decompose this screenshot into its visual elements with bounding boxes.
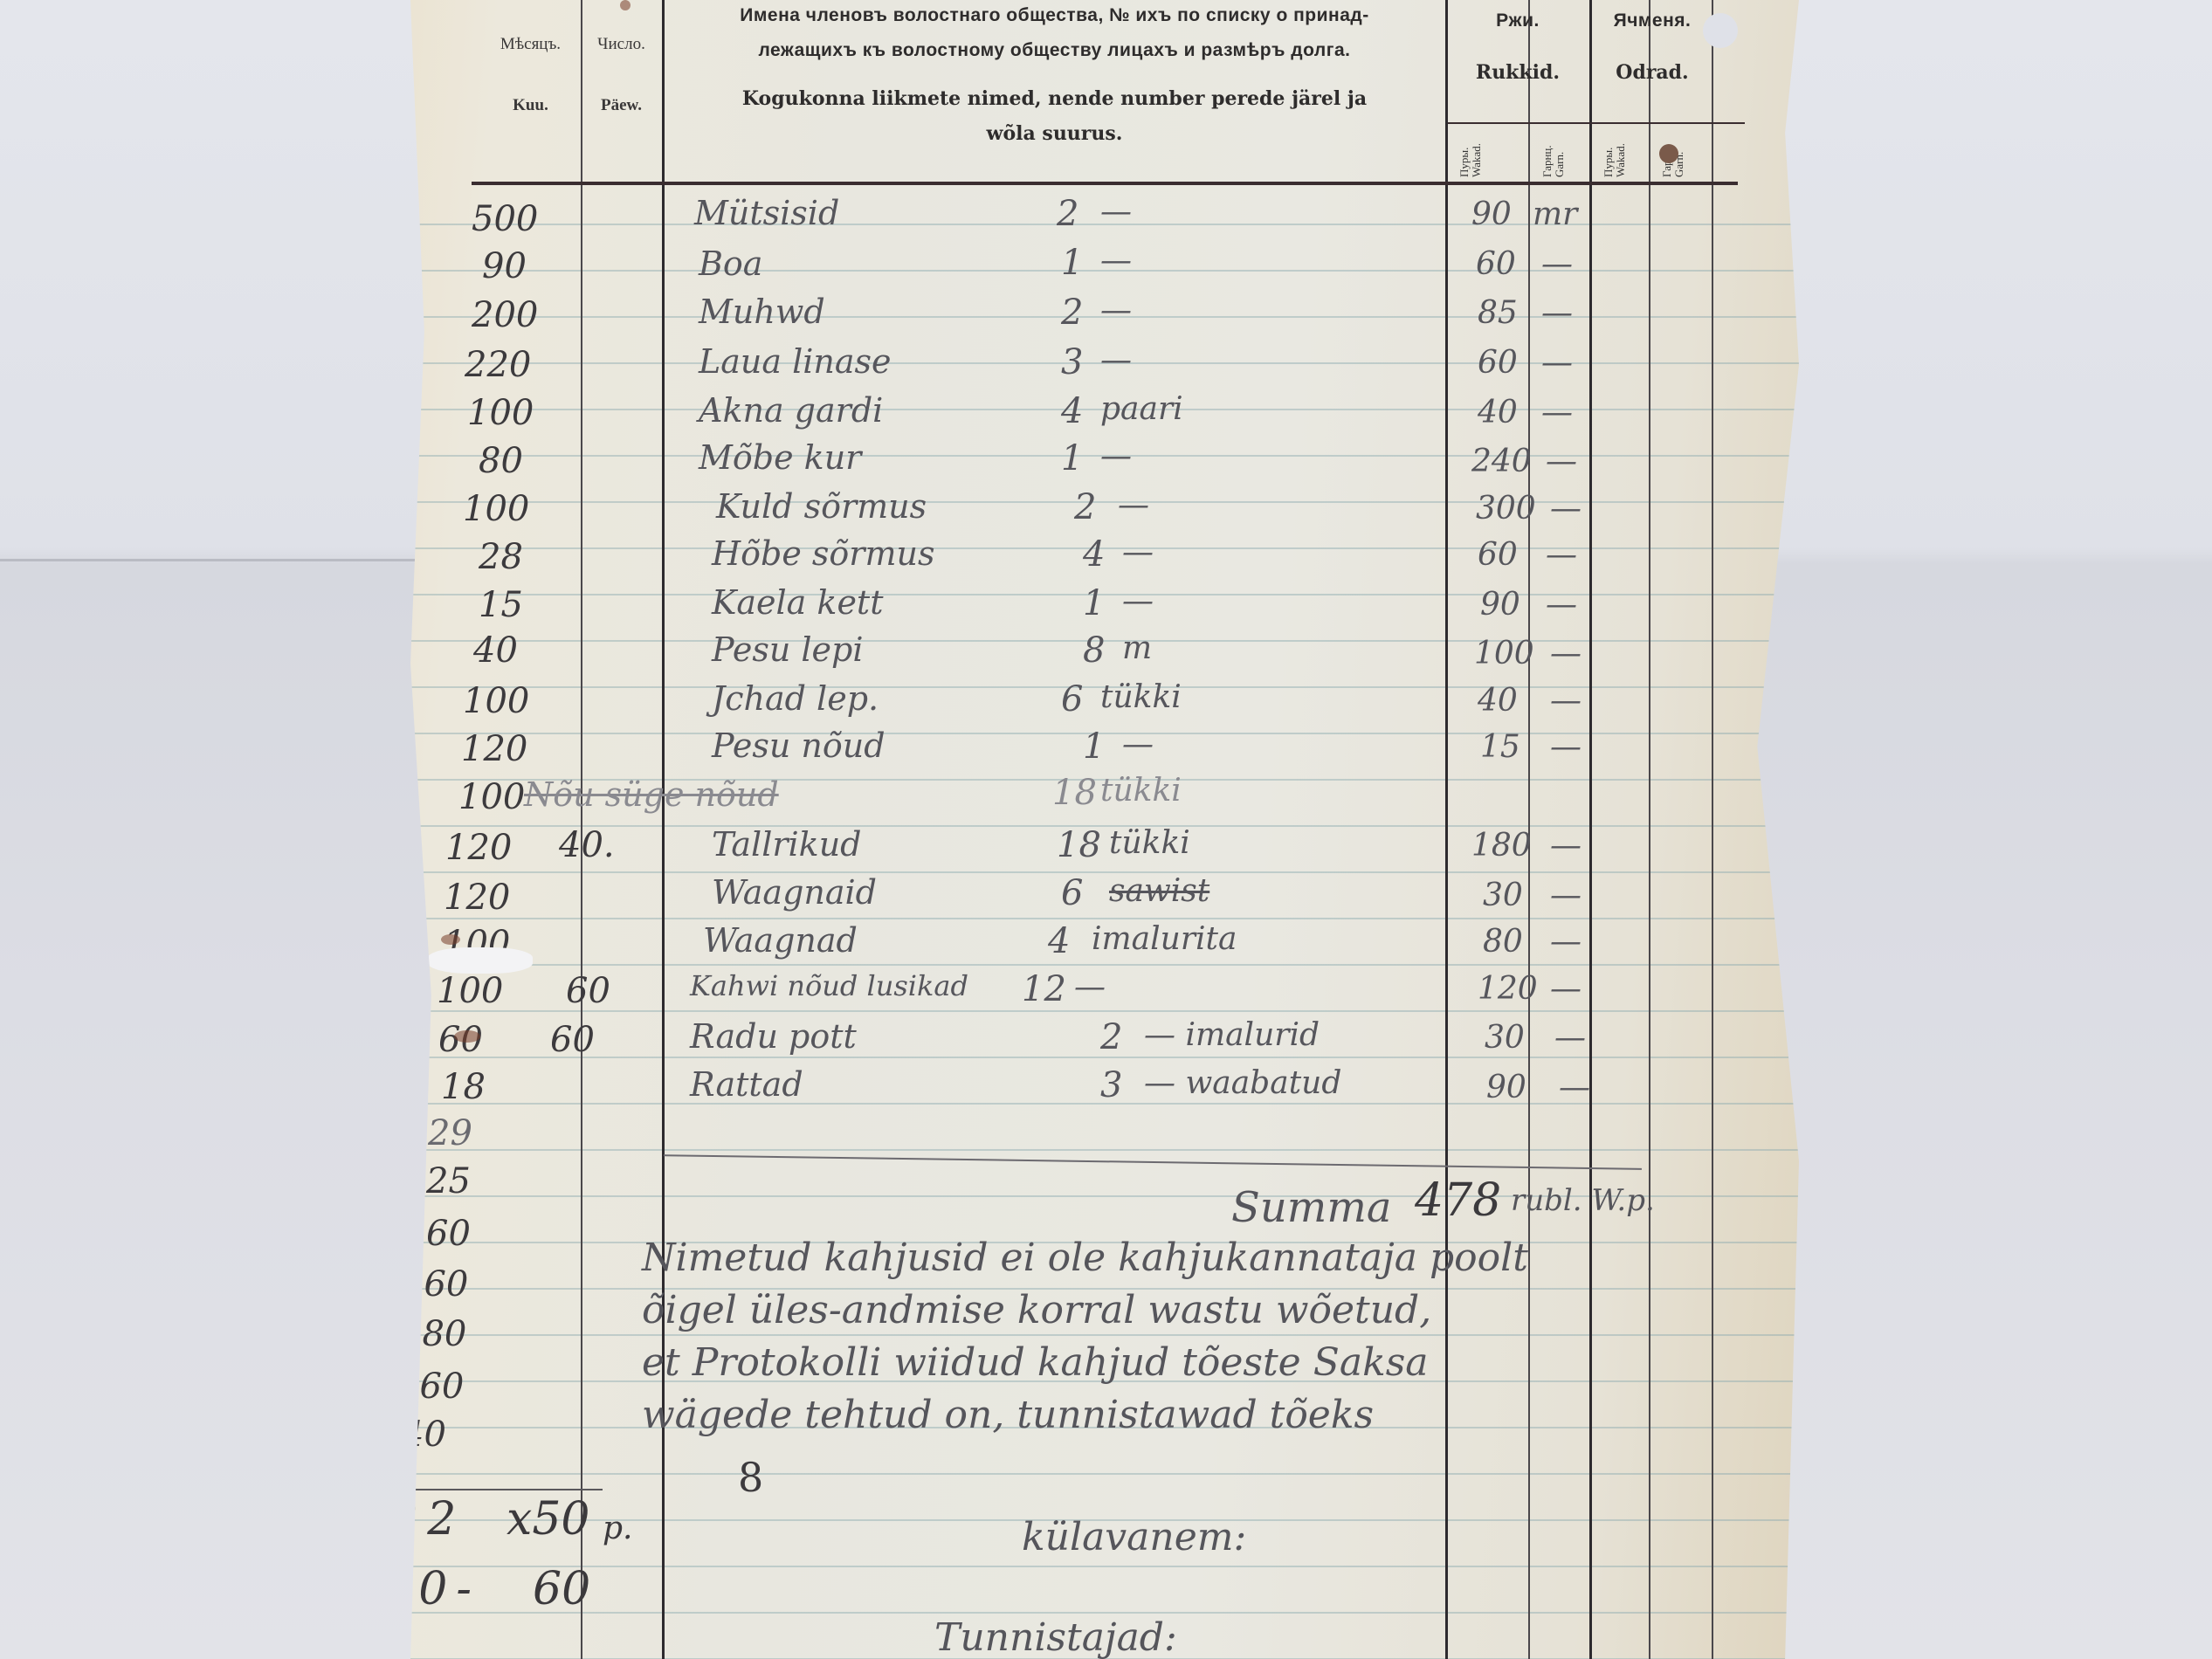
item-name: Tallrikud [712, 825, 862, 864]
item-price-2: — [1550, 729, 1581, 765]
left-amount: 15 [479, 585, 523, 625]
header-month-et: Kuu. [480, 96, 581, 115]
item-name: Mütsisid [694, 194, 839, 232]
column-divider-names [1445, 0, 1448, 1659]
item-unit: sawist [1109, 873, 1209, 909]
item-qty: 3 [1100, 1065, 1122, 1105]
item-price-2: — [1546, 537, 1577, 573]
item-unit: — [1100, 438, 1132, 474]
item-name: Boa [699, 244, 762, 283]
item-name: Radu pott [690, 1017, 857, 1056]
item-qty: 18 [1052, 773, 1097, 813]
item-price-2: — [1541, 246, 1573, 282]
ink-stain [620, 0, 631, 10]
item-price: 30 [1483, 878, 1523, 913]
item-qty: 1 [1061, 243, 1083, 283]
left-amount: 28 [479, 537, 523, 577]
left-amount: 160 [397, 1366, 464, 1407]
left-amount: 18 [441, 1067, 486, 1107]
left-amount: 40 [473, 630, 518, 671]
item-price: 15 [1480, 729, 1520, 765]
item-name: Kaela kett [712, 583, 883, 622]
paper-tear [428, 947, 533, 974]
item-price-2: — [1546, 587, 1577, 623]
item-unit: imalurita [1092, 921, 1237, 957]
item-price-2: — [1541, 395, 1573, 430]
item-price: 120 [1478, 971, 1538, 1007]
punch-hole [1659, 144, 1678, 163]
item-name: Pesu lepi [712, 630, 864, 669]
item-price-2: — [1550, 636, 1581, 671]
left-amount: 180 [400, 1314, 466, 1354]
header-names-ru-1: Имена членовъ волостнаго общества, № ихъ… [664, 5, 1445, 26]
item-name: Hõbe sõrmus [712, 534, 934, 573]
header-day-et: Päew. [581, 96, 662, 115]
item-unit: — imalurid [1144, 1017, 1320, 1053]
statement-line-1: Nimetud kahjusid ei ole kahjukannataja p… [642, 1236, 1528, 1280]
item-price: 60 [1476, 246, 1516, 282]
item-price-2: mr [1533, 196, 1577, 232]
column-divider-barley [1712, 0, 1713, 1659]
item-price: 30 [1485, 1020, 1525, 1056]
item-price-2: — [1541, 345, 1573, 381]
item-qty: 2 [1061, 293, 1083, 333]
item-qty: 1 [1083, 726, 1105, 767]
item-price: 90 [1480, 587, 1520, 623]
left-amount: 40 [402, 1415, 446, 1455]
item-price-2: — [1550, 924, 1581, 960]
calc-total: 2822 [314, 1493, 465, 1545]
signature-label-witnesses: Tunnistajad: [934, 1615, 1177, 1659]
subheader-rule [1448, 122, 1745, 124]
header-month-ru: Мѣсяцъ. [480, 35, 581, 54]
item-price-2: — [1546, 444, 1577, 479]
header-rye-ru: Ржи. [1448, 10, 1588, 31]
item-price: 100 [1474, 636, 1534, 671]
item-unit: tükki [1109, 825, 1190, 861]
item-qty: 2 [1057, 194, 1078, 234]
item-qty: 2 [1100, 1017, 1122, 1057]
header-rule [472, 182, 1738, 185]
left-amount: 80 [479, 441, 523, 481]
statement-line-4: wägede tehtud on, tunnistawad tõeks [642, 1393, 1374, 1437]
item-price: 40 [1478, 683, 1518, 719]
header-rye-et: Rukkid. [1448, 61, 1588, 84]
left-amount: 100 [463, 489, 529, 529]
item-price-2: — [1550, 491, 1581, 527]
day-value: 60 [550, 1020, 595, 1060]
left-amount: 100 [458, 777, 525, 817]
punch-hole [1703, 13, 1738, 48]
item-name: Mõbe kur [699, 438, 861, 477]
item-unit: — [1100, 293, 1132, 328]
item-qty: 6 [1061, 679, 1083, 719]
item-name: Waagnaid [712, 873, 877, 912]
column-divider-barley-sub [1649, 0, 1650, 1659]
item-unit: — [1074, 969, 1106, 1005]
item-name: Kahwi nõud lusikad [690, 969, 968, 1002]
item-unit: — [1122, 583, 1154, 619]
item-name: Muhwd [699, 293, 825, 331]
column-divider-rye [1589, 0, 1592, 1659]
mark-number: 8 [738, 1454, 763, 1501]
item-price: 90 [1471, 196, 1512, 232]
left-amount: 25 [426, 1161, 471, 1201]
header-names-et-1: Kogukonna liikmete nimed, nende number p… [664, 87, 1445, 110]
item-qty: 4 [1048, 921, 1070, 961]
item-name: Pesu nõud [712, 726, 885, 765]
document-page: Мѣсяцъ. Число. Kuu. Päew. Имена членовъ … [410, 0, 1799, 1659]
statement-line-3: et Protokolli wiidud kahjud tõeste Saksa [642, 1340, 1429, 1385]
item-price: 80 [1483, 924, 1523, 960]
item-price: 180 [1471, 828, 1532, 864]
statement-line-2: õigel üles-andmise korral wastu wõetud, [642, 1288, 1431, 1332]
header-names-ru-2: лежащихъ къ волостному обществу лицахъ и… [664, 40, 1445, 61]
item-name: Akna gardi [699, 391, 883, 430]
item-price-2: — [1550, 878, 1581, 913]
item-unit: — [1122, 726, 1154, 762]
item-unit: — [1100, 194, 1132, 230]
left-amount: 120 [461, 729, 527, 769]
item-unit: — [1100, 342, 1132, 378]
left-amount: 500 [472, 199, 538, 239]
item-unit: — [1100, 243, 1132, 279]
summa-suffix: rubl. W.p. [1511, 1183, 1655, 1218]
left-amount: 29 [428, 1113, 472, 1153]
summa-value: 478 [1415, 1174, 1501, 1227]
item-qty: 4 [1083, 534, 1105, 575]
item-price: 85 [1478, 295, 1518, 331]
item-unit: — [1122, 534, 1154, 570]
calc-rule [358, 1489, 603, 1490]
item-price: 60 [1478, 537, 1518, 573]
item-name-struck: Nõu süge nõud [524, 775, 779, 814]
item-price-2: — [1559, 1070, 1590, 1105]
item-name: Kuld sõrmus [716, 487, 927, 526]
left-amount: 100 [463, 681, 529, 721]
header-day-ru: Число. [581, 35, 662, 54]
left-amount: 220 [465, 345, 531, 385]
subheader-barley-wakad: Пуры. Wakad. [1602, 127, 1627, 177]
item-price-2: — [1550, 828, 1581, 864]
calc-line2-right: 60 [533, 1563, 590, 1615]
header-barley-ru: Ячменя. [1591, 10, 1713, 31]
calc-multiplier: x50 [506, 1493, 590, 1545]
item-price: 40 [1478, 395, 1518, 430]
item-price-2: — [1550, 971, 1581, 1007]
ink-stain [441, 934, 460, 945]
item-price: 300 [1476, 491, 1536, 527]
day-value: 40. [559, 825, 615, 865]
signature-label-village-elder: külavanem: [1022, 1515, 1246, 1559]
item-name: Laua linase [699, 342, 892, 381]
item-unit: tükki [1100, 679, 1182, 715]
day-value: 60 [566, 971, 610, 1011]
item-price: 60 [1478, 345, 1518, 381]
item-name: Waagnad [703, 921, 858, 960]
subheader-rye-wakad: Пуры. Wakad. [1458, 127, 1483, 177]
item-unit: tükki [1100, 773, 1182, 809]
header-barley-et: Odrad. [1591, 61, 1713, 84]
item-price: 90 [1486, 1070, 1526, 1105]
subheader-rye-garn: Гарнц. Garn. [1541, 127, 1566, 177]
item-name: Jchad lep. [712, 679, 879, 718]
item-price: 240 [1471, 444, 1532, 479]
summa-label: Summa [1231, 1183, 1391, 1232]
item-unit: — [1118, 487, 1149, 523]
item-price-2: — [1550, 683, 1581, 719]
left-amount: 160 [402, 1264, 468, 1304]
calc-line2-left: 1960- [306, 1563, 480, 1615]
item-name: Rattad [690, 1065, 803, 1104]
left-amount: 60 [426, 1214, 471, 1254]
item-price-2: — [1554, 1020, 1586, 1056]
item-qty: 6 [1061, 873, 1083, 913]
item-qty: 12 [1022, 969, 1066, 1009]
item-qty: 3 [1061, 342, 1083, 382]
left-amount: 90 [482, 246, 527, 286]
item-qty: 18 [1057, 825, 1101, 865]
header-names-et-2: wõla suurus. [664, 122, 1445, 145]
left-amount: 100 [467, 393, 534, 433]
left-amount: 100 [437, 971, 503, 1011]
item-qty: 1 [1083, 583, 1105, 623]
left-amount: 120 [444, 878, 510, 918]
ink-stain [454, 1030, 480, 1043]
item-qty: 1 [1061, 438, 1083, 478]
left-amount: 120 [445, 828, 512, 868]
item-unit: — waabatud [1144, 1065, 1341, 1101]
item-qty: 4 [1061, 391, 1083, 431]
left-amount: 200 [472, 295, 538, 335]
calc-suffix: p. [603, 1511, 633, 1546]
item-qty: 8 [1083, 630, 1105, 671]
item-unit: m [1122, 630, 1152, 666]
item-unit: paari [1100, 391, 1183, 427]
item-price-2: — [1541, 295, 1573, 331]
item-qty: 2 [1074, 487, 1096, 527]
